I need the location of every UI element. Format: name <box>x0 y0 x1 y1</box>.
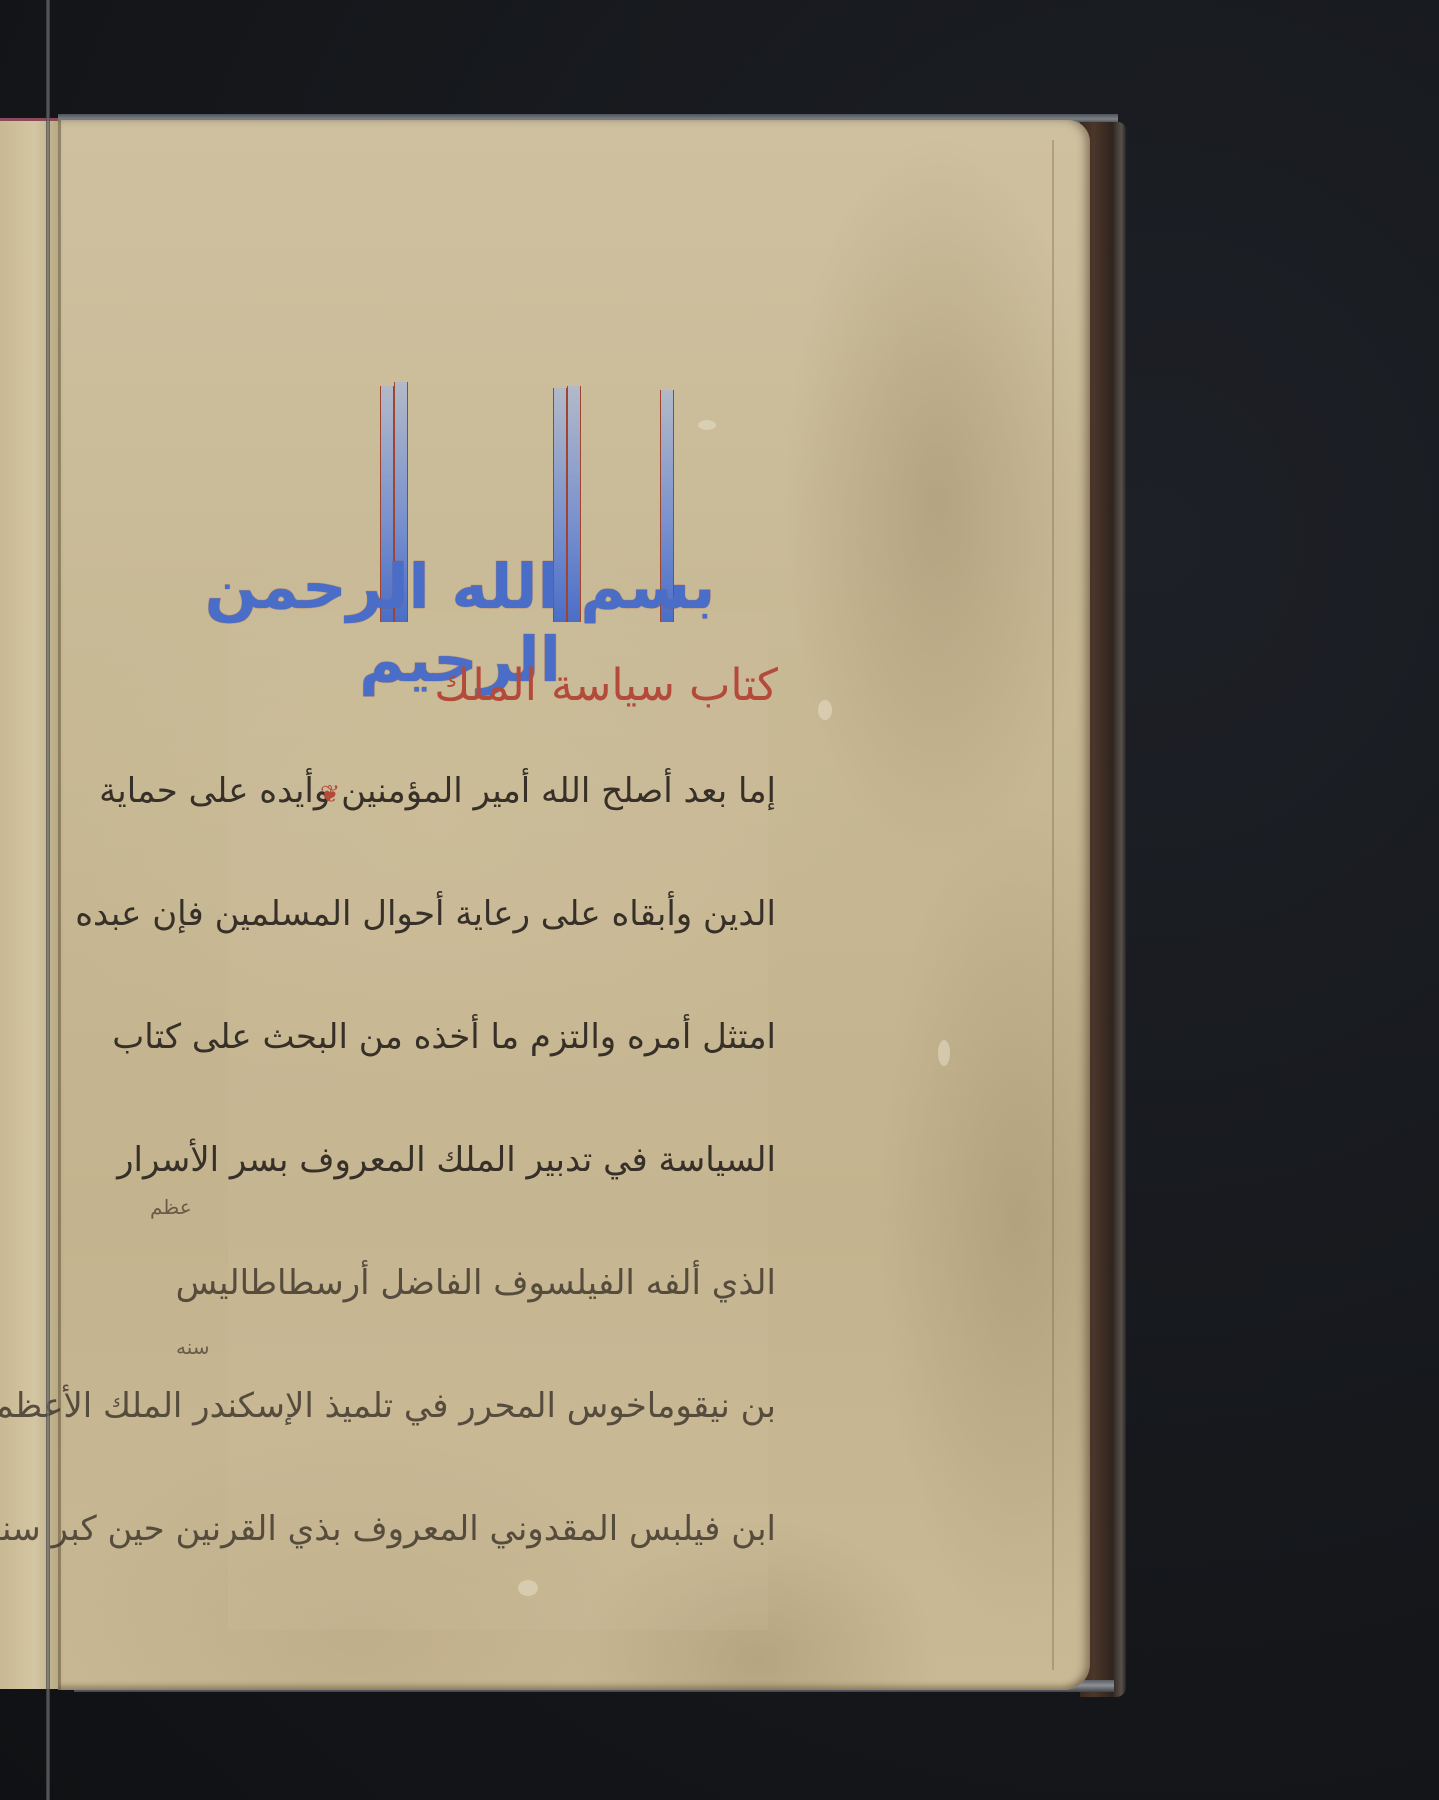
paper-wear-spot <box>938 1040 950 1066</box>
page-edge-fold <box>1052 140 1054 1670</box>
book-title: كتاب سياسة الملك <box>218 660 778 711</box>
paper-wear-spot <box>698 420 716 430</box>
text-line: إما بعد أصلح الله أمير المؤمنين وأيده عل… <box>208 770 776 893</box>
manuscript-text: إما بعد أصلح الله أمير المؤمنين وأيده عل… <box>208 770 776 1631</box>
text-line: بن نيقوماخوس المحرر في تلميذ الإسكندر ال… <box>208 1385 776 1508</box>
manuscript-page: بسم الله الرحمن الرحيم كتاب سياسة الملك … <box>58 120 1090 1690</box>
margin-note: عظم <box>150 1195 192 1219</box>
text-line: السياسة في تدبير الملك المعروف بسر الأسر… <box>208 1139 776 1262</box>
red-ornament-icon: ❦ <box>320 780 340 808</box>
gutter-line <box>58 120 61 1690</box>
book-clamp-line <box>46 0 50 1800</box>
text-line-segment: الدين وأبقاه على رعاية أحوال المسلمين فإ… <box>75 894 776 934</box>
text-line: الذي ألفه الفيلسوف الفاضل أرسطاطاليس <box>208 1262 776 1385</box>
text-line: الدين وأبقاه على رعاية أحوال المسلمين فإ… <box>208 893 776 1016</box>
paper-wear-spot <box>818 700 832 720</box>
text-line: ابن فيلبس المقدوني المعروف بذي القرنين ح… <box>208 1508 776 1631</box>
margin-note: سنه <box>176 1335 210 1359</box>
text-line: امتثل أمره والتزم ما أخذه من البحث على ك… <box>208 1016 776 1139</box>
